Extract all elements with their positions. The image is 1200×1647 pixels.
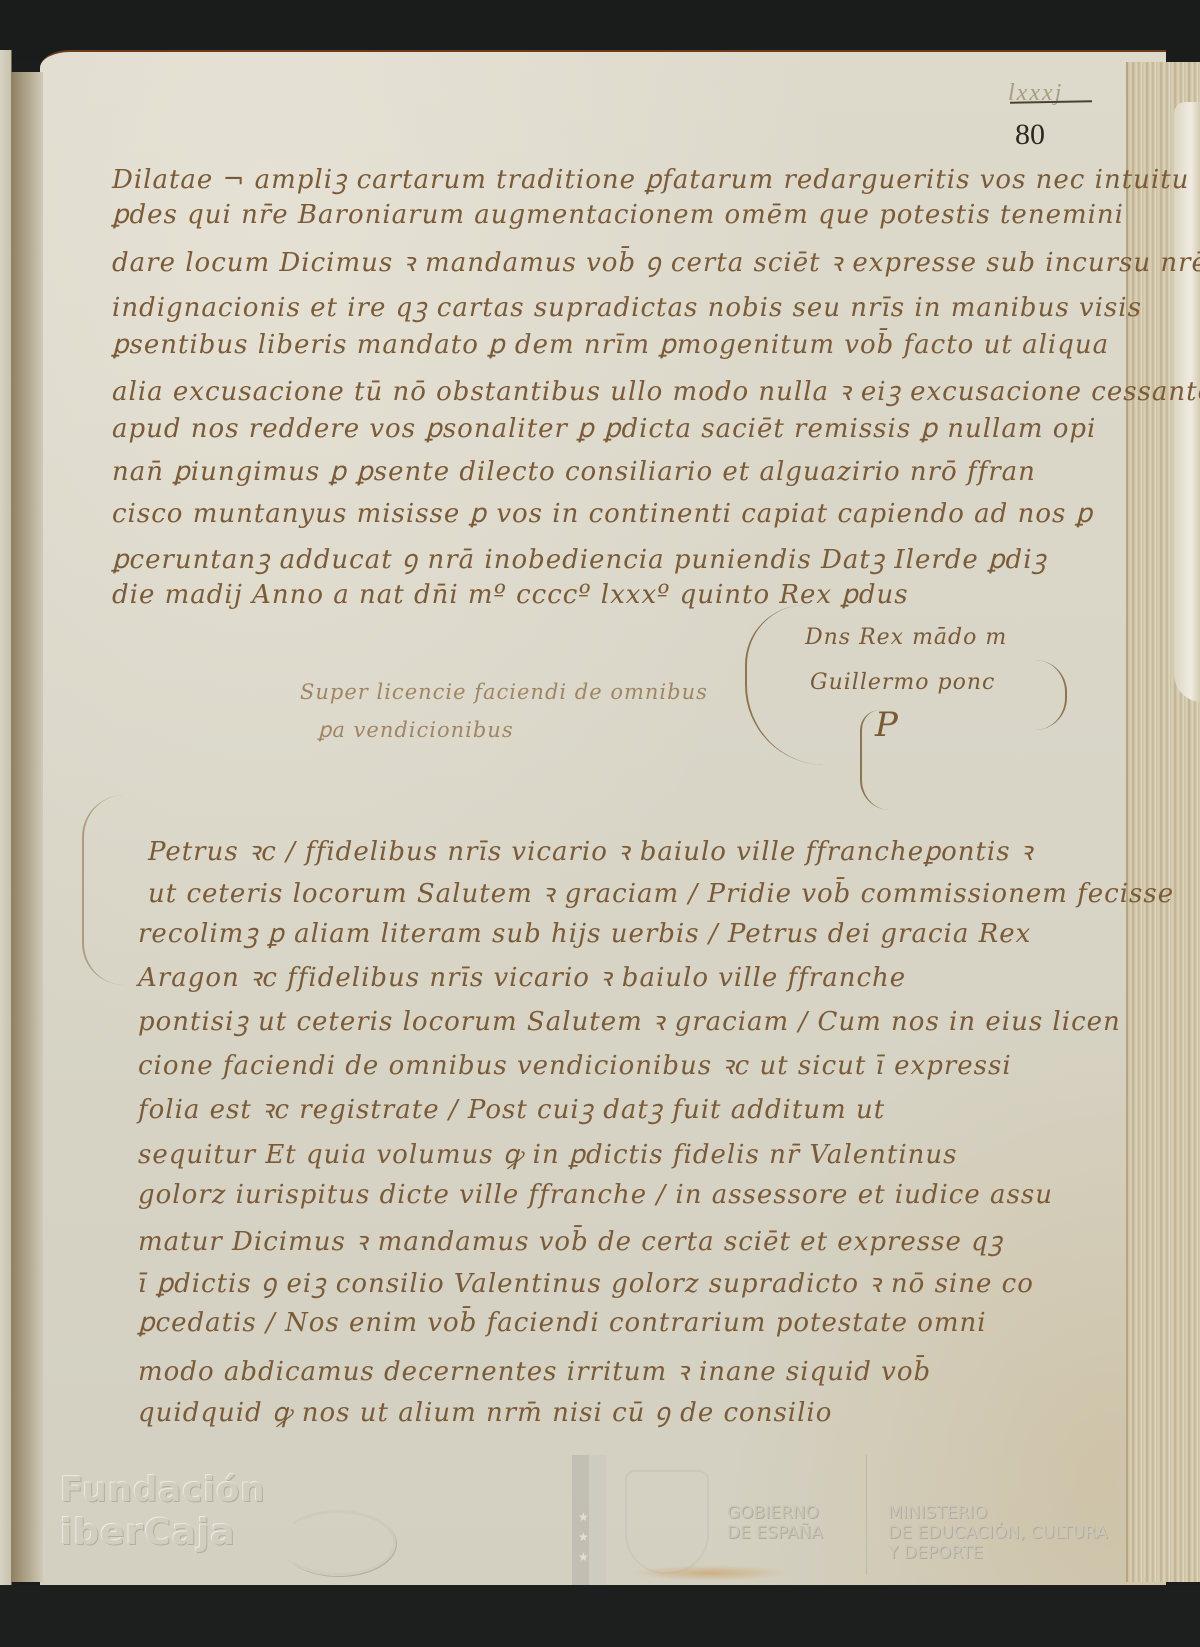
margin-note-line: Super licencie faciendi de omnibus: [300, 680, 708, 704]
text-line: dare locum Dicimus ꝛ mandamus vob̄ ꝯ cer…: [112, 243, 1200, 279]
text-line: indignacionis et ire qꝫ cartas supradict…: [112, 288, 1142, 324]
text-line: Petrus ꝛc / ffidelibus nrīs vicario ꝛ ba…: [148, 832, 1033, 868]
folio-number: 80: [1015, 118, 1045, 152]
signature-flourish: [860, 710, 892, 810]
text-line: recolimꝫ ꝑ aliam literam sub hijs uerbis…: [138, 914, 1031, 950]
spain-flag-bar-icon: ★★★: [572, 1455, 606, 1585]
background-bottom: [0, 1585, 1200, 1647]
signature-line: Guillermo ponc: [810, 670, 995, 695]
text-line: ut ceteris locorum Salutem ꝛ graciam / P…: [148, 874, 1174, 910]
paper-stain: [630, 1565, 790, 1581]
binding-gutter: [11, 72, 43, 1582]
manuscript-scan: lxxxj 80 Dilatae ¬ ampliꝫ cartarum tradi…: [0, 0, 1200, 1647]
ibercaja-watermark-line1: Fundación: [60, 1470, 266, 1510]
ministerio-line1: MINISTERIO: [888, 1503, 1108, 1523]
text-line: cione faciendi de omnibus vendicionibus …: [138, 1046, 1012, 1082]
text-line: golorz iurispitus dicte ville ffranche /…: [138, 1180, 1053, 1210]
text-line: Aragon ꝛc ffidelibus nrīs vicario ꝛ baiu…: [138, 958, 906, 994]
text-line: quidquid ꝙ nos ut alium nrm̄ nisi cū ꝯ d…: [138, 1393, 832, 1429]
text-line: cisco muntanyus misisse ꝑ vos in contine…: [112, 499, 1093, 529]
text-line: alia excusacione tū nō obstantibus ullo …: [112, 372, 1200, 408]
coat-of-arms-icon: [625, 1470, 709, 1574]
margin-note-line: ꝑa vendicionibus: [318, 718, 514, 742]
text-line: modo abdicamus decernentes irritum ꝛ ina…: [138, 1352, 931, 1388]
text-line: ꝑdes qui nr̄e Baroniarum augmentacionem …: [112, 200, 1124, 230]
ministerio-line2: DE EDUCACIÓN, CULTURA: [888, 1523, 1108, 1543]
text-line: nan̄ ꝑiungimus ꝑ ꝑsente dilecto consilia…: [112, 457, 1036, 487]
ministerio-watermark: MINISTERIO DE EDUCACIÓN, CULTURA Y DEPOR…: [888, 1503, 1108, 1563]
ministerio-line3: Y DEPORTE: [888, 1543, 1108, 1563]
text-line: sequitur Et quia volumus ꝙ in ꝑdictis fi…: [138, 1135, 957, 1171]
text-line: ꝑceruntanꝫ adducat ꝯ nrā inobediencia pu…: [112, 540, 1047, 576]
gobierno-line1: GOBIERNO: [727, 1503, 823, 1523]
ibercaja-logo-icon: [280, 1510, 396, 1576]
text-line: apud nos reddere vos ꝑsonaliter ꝑ ꝑdicta…: [112, 414, 1096, 444]
text-line: Dilatae ¬ ampliꝫ cartarum traditione ꝑfa…: [112, 160, 1200, 196]
text-line: ī ꝑdictis ꝯ eiꝫ consilio Valentinus golo…: [138, 1264, 1034, 1300]
text-line: pontisiꝫ ut ceteris locorum Salutem ꝛ gr…: [138, 1002, 1121, 1038]
text-line: folia est ꝛc registrate / Post cuiꝫ datꝫ…: [138, 1090, 885, 1126]
text-line: ꝑcedatis / Nos enim vob̄ faciendi contra…: [138, 1308, 987, 1338]
signature-line: Dns Rex mādo m: [805, 625, 1007, 650]
margin-bracket: [82, 795, 124, 985]
ibercaja-watermark-line2: iberCaja: [60, 1512, 236, 1553]
gobierno-watermark: GOBIERNO DE ESPAÑA: [727, 1503, 823, 1543]
watermark-divider: [866, 1455, 867, 1575]
text-line: matur Dicimus ꝛ mandamus vob̄ de certa s…: [138, 1222, 1003, 1258]
text-line: ꝑsentibus liberis mandato ꝑ dem nrīm ꝑmo…: [112, 330, 1109, 360]
gobierno-line2: DE ESPAÑA: [727, 1523, 823, 1543]
text-line: die madij Anno a nat dn̄i mº ccccº lxxxº…: [112, 580, 909, 610]
